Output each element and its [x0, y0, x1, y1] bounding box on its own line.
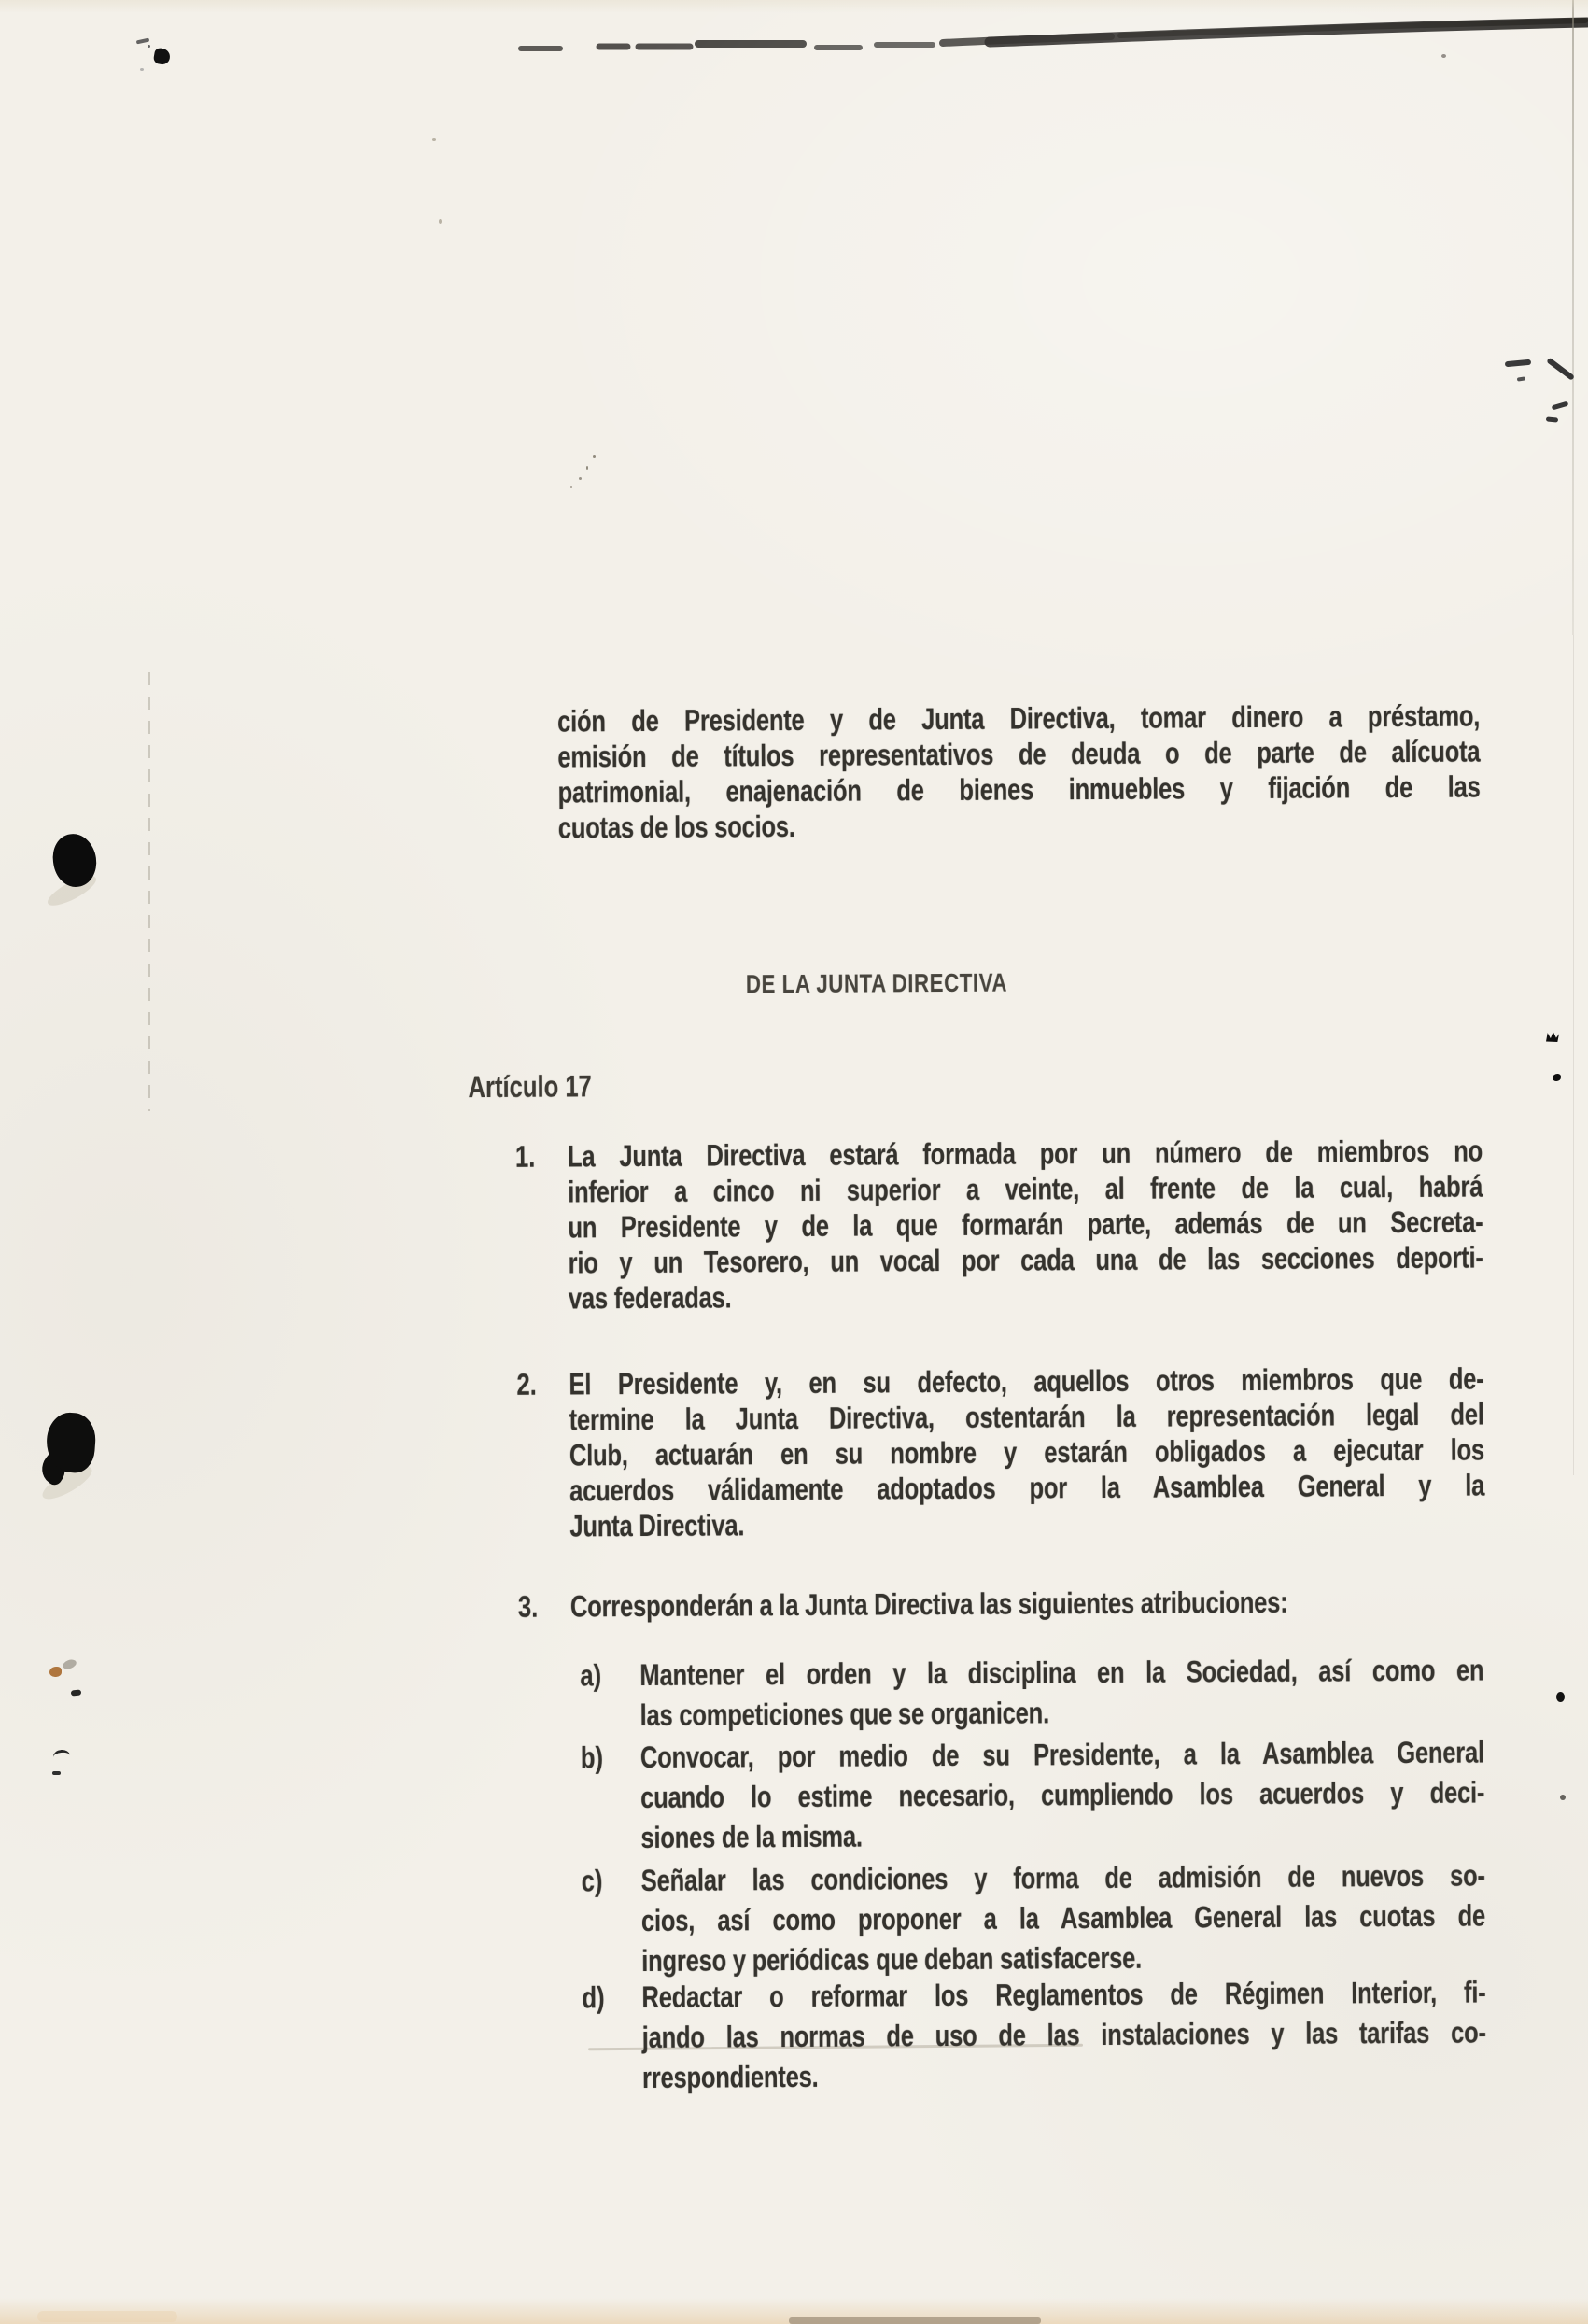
sub-item-letter: a) [580, 1655, 601, 1696]
section-heading: DE LA JUNTA DIRECTIVA [746, 968, 1007, 1000]
item-number: 3. [518, 1589, 539, 1625]
sub-item-letter: c) [582, 1861, 603, 1901]
intro-paragraph: ción de Presidente y de Junta Directiva,… [557, 698, 1481, 846]
item-text: La Junta Directiva estará formada por un… [568, 1133, 1483, 1316]
sub-item-text: Redactar o reformar los Reglamentos de R… [641, 1972, 1486, 2098]
scan-page: ción de Presidente y de Junta Directiva,… [0, 0, 1588, 2324]
document-text-layer: ción de Presidente y de Junta Directiva,… [0, 0, 1588, 2324]
item-text: El Presidente y, en su defecto, aquellos… [569, 1360, 1484, 1543]
sub-item-text: Señalar las condiciones y forma de admis… [641, 1855, 1486, 1981]
article-heading: Artículo 17 [468, 1069, 592, 1105]
item-text: Corresponderán a la Junta Directiva las … [570, 1583, 1485, 1624]
bottom-edge-smudge [789, 2317, 1041, 2324]
item-number: 2. [516, 1367, 537, 1402]
sub-item-text: Convocar, por medio de su Presidente, a … [640, 1732, 1485, 1858]
sub-item-letter: d) [582, 1978, 604, 2018]
sub-item-letter: b) [581, 1738, 603, 1778]
sub-item-text: Mantener el orden y la disciplina en la … [639, 1650, 1484, 1736]
item-number: 1. [515, 1139, 536, 1175]
